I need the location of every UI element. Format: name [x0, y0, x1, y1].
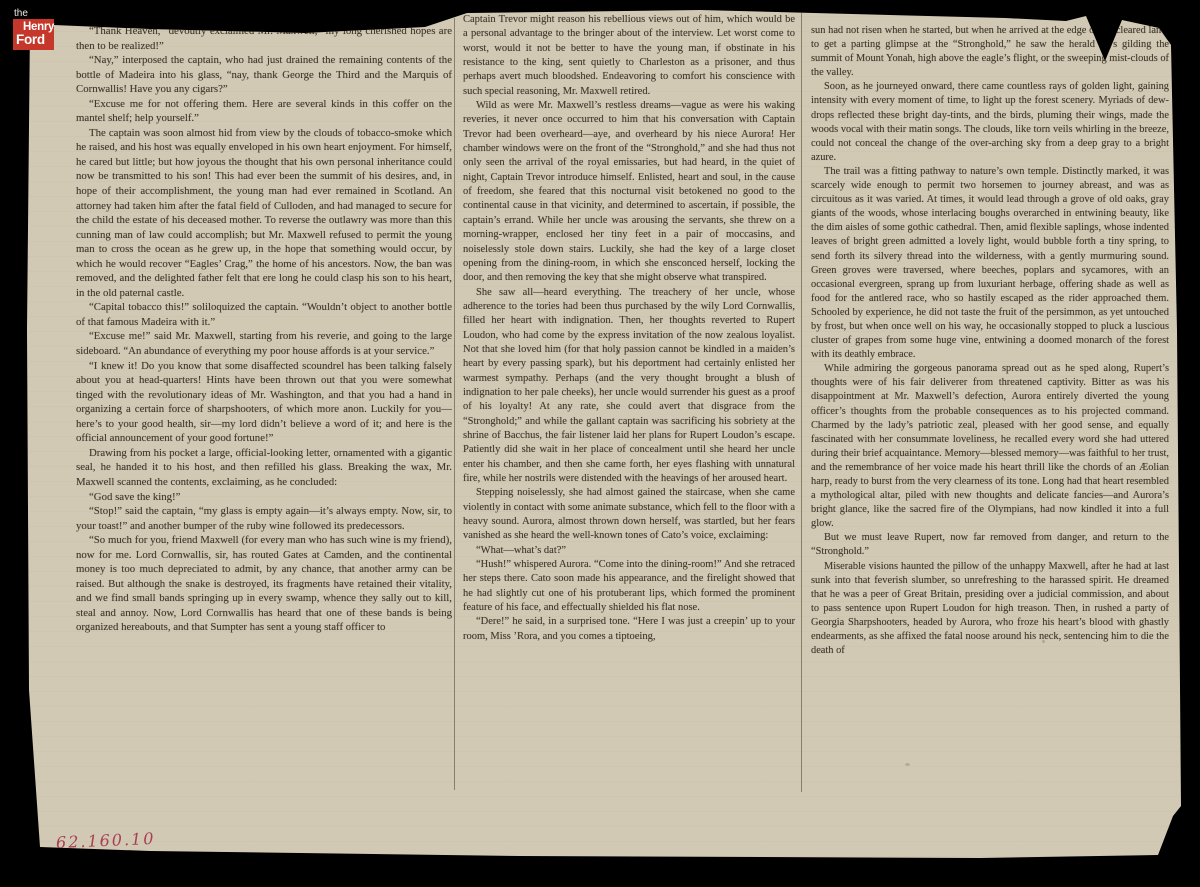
logo-text-ford: Ford: [16, 33, 45, 46]
text-column-3: sun had not risen when he started, but w…: [811, 24, 1169, 802]
paragraph: “What—what’s dat?”: [463, 544, 795, 558]
paragraph: But we must leave Rupert, now far remove…: [811, 531, 1169, 559]
paragraph: Miserable visions haunted the pillow of …: [811, 560, 1169, 659]
column-divider-rule: [454, 18, 455, 790]
paragraph: “Stop!” said the captain, “my glass is e…: [76, 504, 452, 533]
paragraph: Drawing from his pocket a large, officia…: [76, 446, 452, 490]
paragraph: “God save the king!”: [76, 490, 452, 505]
paragraph: sun had not risen when he started, but w…: [811, 24, 1169, 80]
logo-text-the: the: [14, 9, 28, 19]
paragraph: While admiring the gorgeous panorama spr…: [811, 362, 1169, 531]
henry-ford-logo: the Henry Ford: [0, 0, 70, 60]
paragraph: “So much for you, friend Maxwell (for ev…: [76, 533, 452, 635]
text-column-2: Captain Trevor might reason his rebellio…: [463, 13, 795, 793]
accession-number: 62.160.10: [56, 829, 156, 852]
document-page: “Thank Heaven,” devoutly exclaimed Mr. M…: [0, 0, 1200, 887]
paragraph: “Nay,” interposed the captain, who had j…: [76, 53, 452, 97]
paragraph: The captain was soon almost hid from vie…: [76, 126, 452, 301]
paragraph: “Capital tobacco this!” soliloquized the…: [76, 300, 452, 329]
scan-photograph: “Thank Heaven,” devoutly exclaimed Mr. M…: [0, 0, 1200, 887]
column-divider-rule: [801, 12, 802, 792]
paragraph: She saw all—heard everything. The treach…: [463, 286, 795, 487]
paragraph: “Thank Heaven,” devoutly exclaimed Mr. M…: [76, 24, 452, 53]
text-column-1: “Thank Heaven,” devoutly exclaimed Mr. M…: [76, 24, 452, 796]
paragraph: Stepping noiselessly, she had almost gai…: [463, 486, 795, 543]
paragraph: “Excuse me for not offering them. Here a…: [76, 97, 452, 126]
paragraph: “Dere!” he said, in a surprised tone. “H…: [463, 615, 795, 644]
paragraph: “I knew it! Do you know that some disaff…: [76, 359, 452, 446]
paragraph: Soon, as he journeyed onward, there came…: [811, 80, 1169, 165]
paragraph: “Excuse me!” said Mr. Maxwell, starting …: [76, 329, 452, 358]
paragraph: “Hush!” whispered Aurora. “Come into the…: [463, 558, 795, 615]
paragraph: The trail was a fitting pathway to natur…: [811, 165, 1169, 362]
paragraph: Captain Trevor might reason his rebellio…: [463, 13, 795, 99]
paragraph: Wild as were Mr. Maxwell’s restless drea…: [463, 99, 795, 285]
